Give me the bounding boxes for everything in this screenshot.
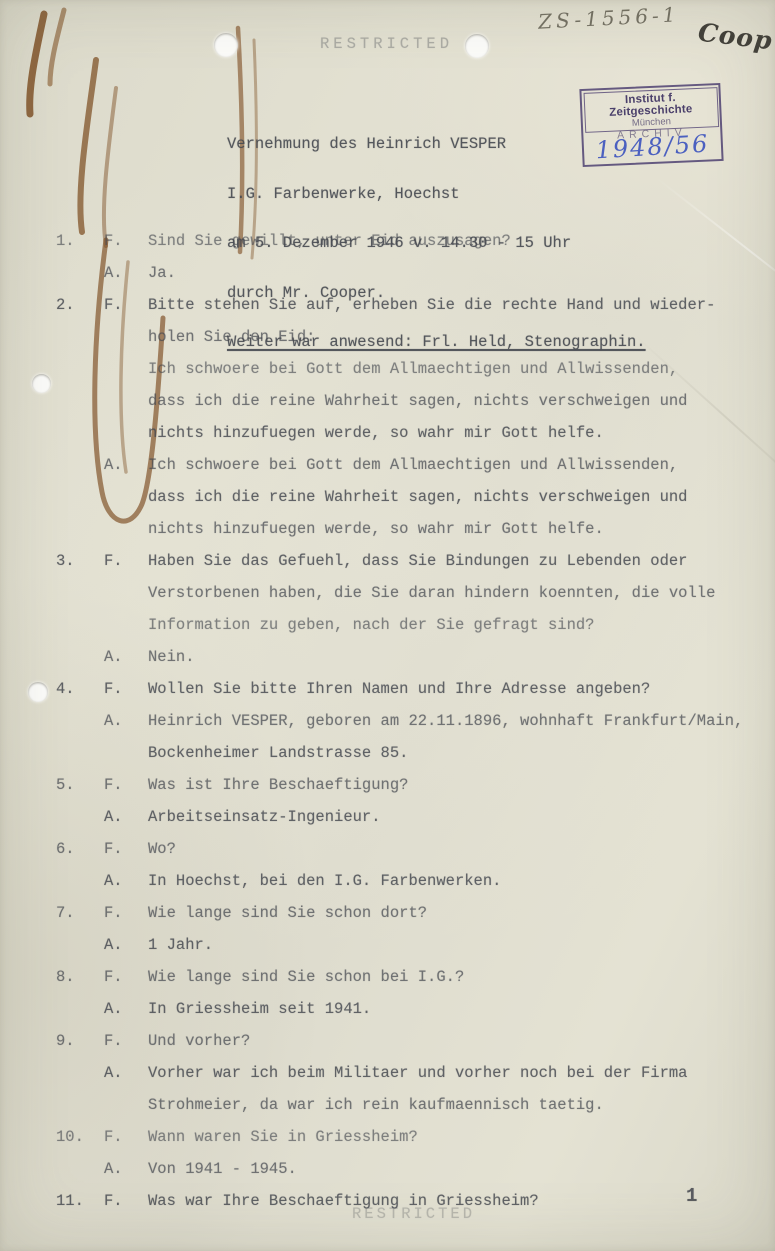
qa-text: Ja. [148, 264, 176, 282]
qa-line: Bockenheimer Landstrasse 85. [0, 736, 775, 768]
qa-text: dass ich die reine Wahrheit sagen, nicht… [148, 488, 688, 506]
qa-text: Und vorher? [148, 1032, 250, 1050]
qa-text: Wie lange sind Sie schon dort? [148, 904, 427, 922]
qa-speaker: F. [104, 968, 123, 986]
qa-line: dass ich die reine Wahrheit sagen, nicht… [0, 480, 775, 512]
qa-speaker: A. [104, 1160, 123, 1178]
qa-speaker: F. [104, 1032, 123, 1050]
qa-number: 1. [56, 232, 75, 250]
qa-line: A.Vorher war ich beim Militaer und vorhe… [0, 1056, 775, 1088]
classification-stamp-top: RESTRICTED [320, 36, 453, 53]
qa-speaker: F. [104, 1192, 123, 1210]
qa-text: Was war Ihre Beschaeftigung in Griesshei… [148, 1192, 539, 1210]
qa-line: 8.F.Wie lange sind Sie schon bei I.G.? [0, 960, 775, 992]
qa-number: 10. [56, 1128, 84, 1146]
punch-hole [214, 33, 238, 57]
qa-text: Von 1941 - 1945. [148, 1160, 297, 1178]
punch-hole [465, 34, 489, 58]
qa-line: nichts hinzufuegen werde, so wahr mir Go… [0, 512, 775, 544]
qa-number: 3. [56, 552, 75, 570]
header-line: I.G. Farbenwerke, Hoechst [227, 186, 646, 203]
qa-line: A.Heinrich VESPER, geboren am 22.11.1896… [0, 704, 775, 736]
qa-text: Haben Sie das Gefuehl, dass Sie Bindunge… [148, 552, 688, 570]
qa-line: A.In Griessheim seit 1941. [0, 992, 775, 1024]
qa-line: 1.F.Sind Sie gewillt, unter Eid auszusag… [0, 224, 775, 256]
qa-line: 7.F.Wie lange sind Sie schon dort? [0, 896, 775, 928]
qa-line: 3.F.Haben Sie das Gefuehl, dass Sie Bind… [0, 544, 775, 576]
qa-speaker: A. [104, 872, 123, 890]
qa-line: dass ich die reine Wahrheit sagen, nicht… [0, 384, 775, 416]
qa-number: 5. [56, 776, 75, 794]
document-page: RESTRICTED ZS-1556-1 Coop Institut f. Ze… [0, 0, 775, 1251]
qa-line: A.Von 1941 - 1945. [0, 1152, 775, 1184]
qa-line: A.1 Jahr. [0, 928, 775, 960]
qa-text: Ich schwoere bei Gott dem Allmaechtigen … [148, 456, 678, 474]
qa-line: Verstorbenen haben, die Sie daran hinder… [0, 576, 775, 608]
qa-line: 6.F.Wo? [0, 832, 775, 864]
qa-line: A.Nein. [0, 640, 775, 672]
qa-number: 4. [56, 680, 75, 698]
qa-speaker: F. [104, 1128, 123, 1146]
qa-text: Heinrich VESPER, geboren am 22.11.1896, … [148, 712, 743, 730]
qa-text: Information zu geben, nach der Sie gefra… [148, 616, 594, 634]
qa-number: 11. [56, 1192, 84, 1210]
qa-text: dass ich die reine Wahrheit sagen, nicht… [148, 392, 688, 410]
qa-text: Ich schwoere bei Gott dem Allmaechtigen … [148, 360, 678, 378]
qa-speaker: F. [104, 680, 123, 698]
qa-number: 8. [56, 968, 75, 986]
qa-number: 7. [56, 904, 75, 922]
qa-text: Sind Sie gewillt, unter Eid auszusagen? [148, 232, 511, 250]
header-line: Vernehmung des Heinrich VESPER [227, 136, 646, 153]
qa-number: 9. [56, 1032, 75, 1050]
qa-number: 2. [56, 296, 75, 314]
handwritten-archival-number: ZS-1556-1 [537, 2, 680, 33]
qa-speaker: F. [104, 776, 123, 794]
qa-line: Ich schwoere bei Gott dem Allmaechtigen … [0, 352, 775, 384]
classification-stamp-bottom: RESTRICTED [352, 1206, 475, 1223]
qa-speaker: F. [104, 904, 123, 922]
qa-line: 5.F.Was ist Ihre Beschaeftigung? [0, 768, 775, 800]
qa-line: A.Ich schwoere bei Gott dem Allmaechtige… [0, 448, 775, 480]
qa-text: Nein. [148, 648, 195, 666]
qa-line: A.In Hoechst, bei den I.G. Farbenwerken. [0, 864, 775, 896]
qa-speaker: A. [104, 264, 123, 282]
qa-number: 6. [56, 840, 75, 858]
qa-text: Arbeitseinsatz-Ingenieur. [148, 808, 381, 826]
qa-text: holen Sie den Eid: [148, 328, 315, 346]
qa-text: Bockenheimer Landstrasse 85. [148, 744, 408, 762]
qa-text: Wann waren Sie in Griessheim? [148, 1128, 418, 1146]
qa-text: In Griessheim seit 1941. [148, 1000, 371, 1018]
page-number: 1 [686, 1188, 697, 1205]
qa-text: Vorher war ich beim Militaer und vorher … [148, 1064, 688, 1082]
qa-line: A.Arbeitseinsatz-Ingenieur. [0, 800, 775, 832]
qa-speaker: F. [104, 840, 123, 858]
qa-speaker: A. [104, 1064, 123, 1082]
qa-line: Strohmeier, da war ich rein kaufmaennisc… [0, 1088, 775, 1120]
qa-speaker: A. [104, 1000, 123, 1018]
qa-speaker: A. [104, 456, 123, 474]
qa-text: Verstorbenen haben, die Sie daran hinder… [148, 584, 715, 602]
qa-text: Wollen Sie bitte Ihren Namen und Ihre Ad… [148, 680, 650, 698]
qa-text: nichts hinzufuegen werde, so wahr mir Go… [148, 520, 604, 538]
qa-line: A.Ja. [0, 256, 775, 288]
qa-text: nichts hinzufuegen werde, so wahr mir Go… [148, 424, 604, 442]
qa-line: 9.F.Und vorher? [0, 1024, 775, 1056]
qa-list: 1.F.Sind Sie gewillt, unter Eid auszusag… [0, 224, 775, 1216]
qa-speaker: A. [104, 648, 123, 666]
qa-speaker: A. [104, 936, 123, 954]
qa-line: 10.F.Wann waren Sie in Griessheim? [0, 1120, 775, 1152]
qa-text: 1 Jahr. [148, 936, 213, 954]
qa-speaker: F. [104, 552, 123, 570]
qa-text: Strohmeier, da war ich rein kaufmaennisc… [148, 1096, 604, 1114]
qa-line: Information zu geben, nach der Sie gefra… [0, 608, 775, 640]
qa-text: Wie lange sind Sie schon bei I.G.? [148, 968, 464, 986]
qa-line: nichts hinzufuegen werde, so wahr mir Go… [0, 416, 775, 448]
qa-line: 4.F.Wollen Sie bitte Ihren Namen und Ihr… [0, 672, 775, 704]
qa-speaker: A. [104, 712, 123, 730]
qa-speaker: A. [104, 808, 123, 826]
qa-speaker: F. [104, 296, 123, 314]
qa-text: Was ist Ihre Beschaeftigung? [148, 776, 408, 794]
handwritten-annotation: Coop [697, 18, 775, 56]
qa-line: holen Sie den Eid: [0, 320, 775, 352]
qa-text: Bitte stehen Sie auf, erheben Sie die re… [148, 296, 715, 314]
qa-text: Wo? [148, 840, 176, 858]
qa-text: In Hoechst, bei den I.G. Farbenwerken. [148, 872, 501, 890]
qa-speaker: F. [104, 232, 123, 250]
qa-line: 2.F.Bitte stehen Sie auf, erheben Sie di… [0, 288, 775, 320]
